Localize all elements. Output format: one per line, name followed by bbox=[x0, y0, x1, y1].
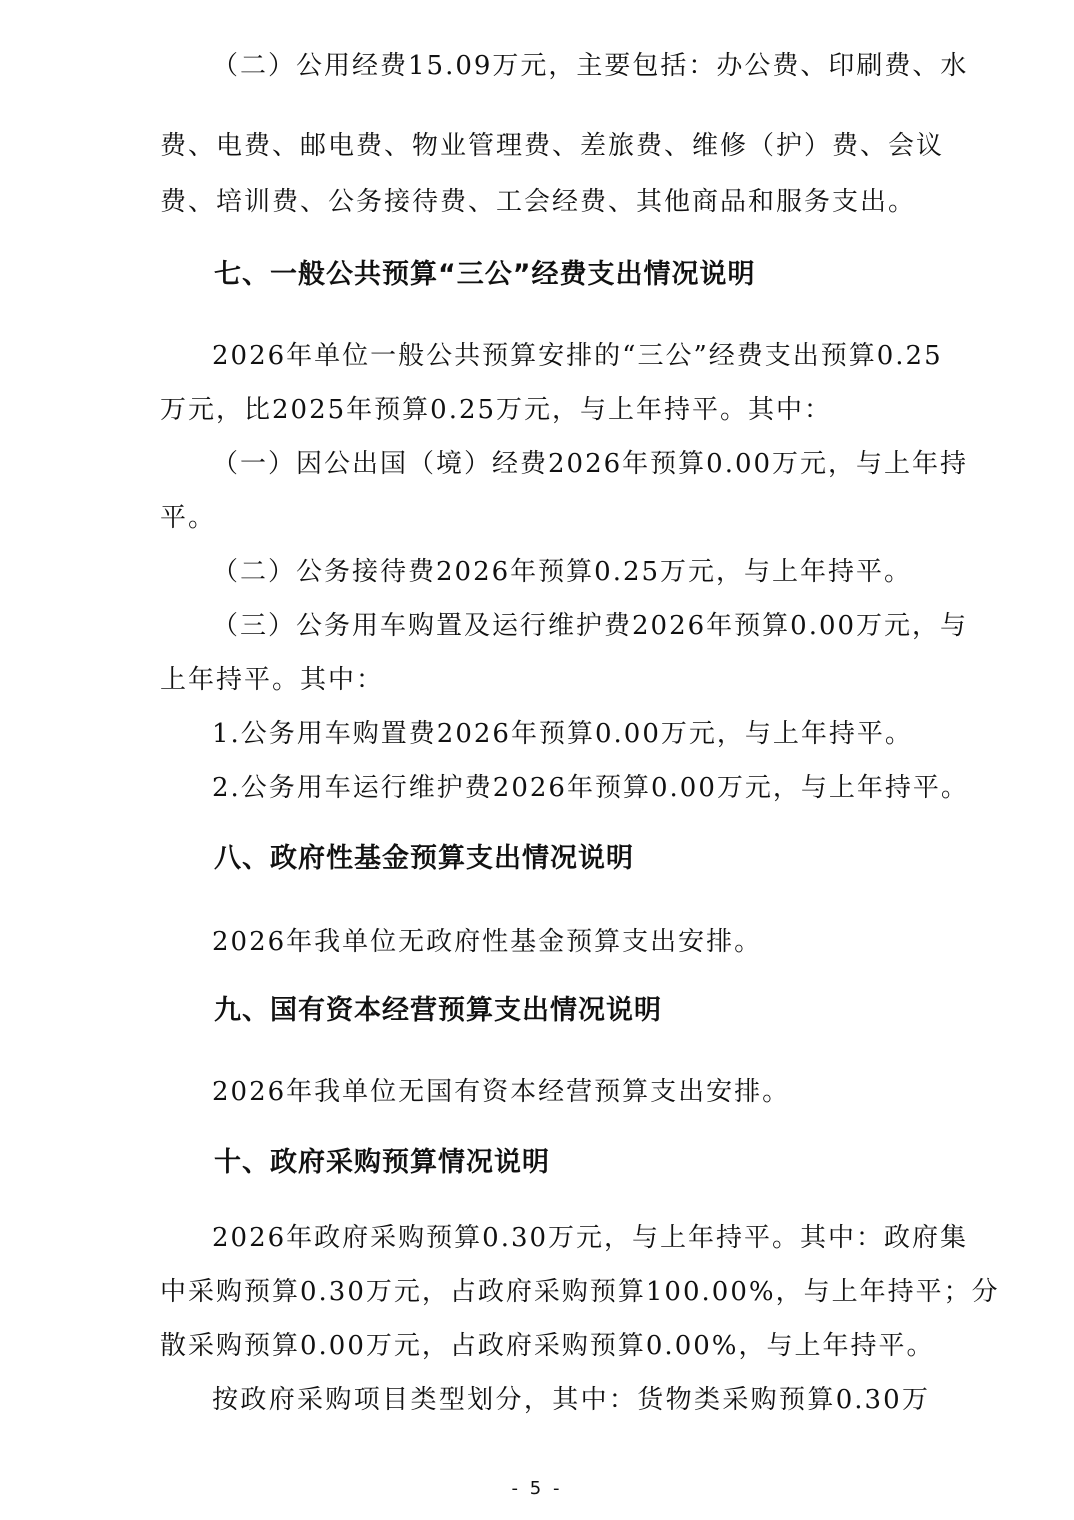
section-heading-9: 九、国有资本经营预算支出情况说明 bbox=[214, 994, 662, 1028]
paragraph-line: 万元，比2025年预算0.25万元，与上年持平。其中： bbox=[160, 394, 930, 426]
paragraph-line: 2026年单位一般公共预算安排的“三公”经费支出预算0.25 bbox=[212, 340, 930, 372]
paragraph-line: 散采购预算0.00万元，占政府采购预算0.00%，与上年持平。 bbox=[160, 1330, 930, 1362]
paragraph-line: 费、电费、邮电费、物业管理费、差旅费、维修（护）费、会议 bbox=[160, 130, 930, 162]
paragraph-line: 上年持平。其中： bbox=[160, 664, 930, 696]
paragraph-line: 2026年我单位无政府性基金预算支出安排。 bbox=[212, 926, 982, 958]
section-heading-8: 八、政府性基金预算支出情况说明 bbox=[214, 842, 634, 876]
paragraph-line: 按政府采购项目类型划分，其中：货物类采购预算0.30万 bbox=[212, 1384, 930, 1416]
paragraph-line: 2.公务用车运行维护费2026年预算0.00万元，与上年持平。 bbox=[212, 772, 982, 804]
paragraph-line: 费、培训费、公务接待费、工会经费、其他商品和服务支出。 bbox=[160, 186, 930, 218]
paragraph-line: （一）因公出国（境）经费2026年预算0.00万元，与上年持 bbox=[212, 448, 930, 480]
paragraph-line: 中采购预算0.30万元，占政府采购预算100.00%，与上年持平；分 bbox=[160, 1276, 930, 1308]
paragraph-line: 1.公务用车购置费2026年预算0.00万元，与上年持平。 bbox=[212, 718, 982, 750]
paragraph-line: （二）公用经费15.09万元，主要包括：办公费、印刷费、水 bbox=[212, 50, 930, 82]
paragraph-line: 2026年我单位无国有资本经营预算支出安排。 bbox=[212, 1076, 982, 1108]
page-number: - 5 - bbox=[0, 1478, 1074, 1499]
paragraph-line: （二）公务接待费2026年预算0.25万元，与上年持平。 bbox=[212, 556, 982, 588]
paragraph-line: （三）公务用车购置及运行维护费2026年预算0.00万元，与 bbox=[212, 610, 930, 642]
section-heading-10: 十、政府采购预算情况说明 bbox=[214, 1146, 550, 1180]
section-heading-7: 七、一般公共预算“三公”经费支出情况说明 bbox=[214, 258, 756, 292]
paragraph-line: 平。 bbox=[160, 502, 930, 534]
paragraph-line: 2026年政府采购预算0.30万元，与上年持平。其中：政府集 bbox=[212, 1222, 930, 1254]
